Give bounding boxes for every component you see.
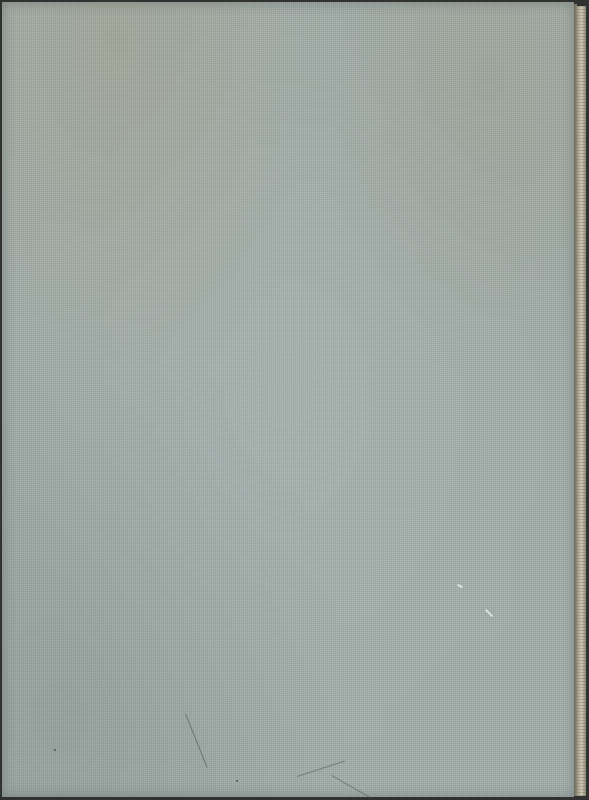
book-cover — [2, 2, 574, 797]
speck — [54, 749, 56, 751]
spine-edge — [577, 6, 586, 796]
scuff-mark — [457, 584, 463, 589]
speck — [236, 780, 238, 782]
book-scan — [0, 0, 589, 800]
scuff-mark — [485, 609, 493, 617]
cover-text — [2, 2, 3, 3]
scratch-mark — [332, 775, 371, 798]
scratch-mark — [297, 761, 345, 777]
scratch-mark — [185, 714, 208, 768]
